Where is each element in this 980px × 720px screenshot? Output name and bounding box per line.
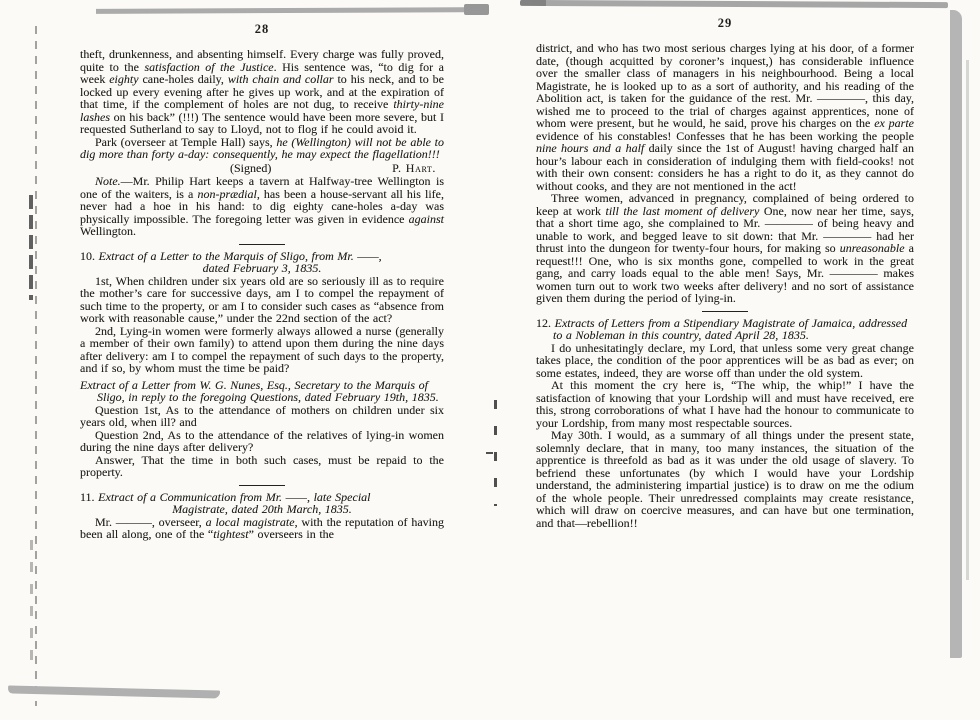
scan-corner-mark: [464, 4, 489, 15]
scan-edge-top-left: [96, 7, 488, 14]
section-heading: 12. Extracts of Letters from a Stipendia…: [536, 317, 914, 342]
text-run: 12.: [536, 316, 555, 330]
text-run: on his back” (!!!) The sentence would ha…: [80, 110, 444, 137]
signature-name: P. Hart.: [392, 162, 436, 175]
text-run: Question 1st, As to the attendance of mo…: [80, 403, 444, 430]
paragraph: Three women, advanced in pregnancy, comp…: [536, 192, 914, 305]
section-heading: Extract of a Letter from W. G. Nunes, Es…: [80, 379, 444, 404]
text-run: May 30th. I would, as a summary of all t…: [536, 428, 914, 530]
paragraph: theft, drunkenness, and absenting himsel…: [80, 48, 444, 136]
paragraph: district, and who has two most serious c…: [536, 42, 914, 192]
text-run: Extract of a Letter from W. G. Nunes, Es…: [80, 378, 439, 405]
paragraph: Answer, That the time in both such cases…: [80, 454, 444, 479]
paragraph: Note.—Mr. Philip Hart keeps a tavern at …: [80, 175, 444, 238]
book-page-29: 29 district, and who has two most seriou…: [536, 16, 914, 529]
text-run: Question 2nd, As to the attendance of th…: [80, 428, 444, 455]
text-run: Wellington.: [80, 224, 136, 238]
scan-binding-tick: [486, 452, 493, 454]
text-run: Extracts of Letters from a Stipendiary M…: [553, 316, 907, 343]
paragraph: Mr. ———, overseer, a local magistrate, w…: [80, 516, 444, 541]
paragraph: I do unhesitatingly declare, my Lord, th…: [536, 342, 914, 380]
scan-edge-left-dashed: [35, 26, 37, 706]
paragraph: Park (overseer at Temple Hall) says, he …: [80, 136, 444, 161]
text-run: district, and who has two most serious c…: [536, 41, 914, 130]
page-text-column: district, and who has two most serious c…: [536, 42, 914, 529]
scan-edge-top-right: [520, 0, 948, 8]
scan-edge-right: [950, 10, 962, 658]
signed-label: (Signed): [230, 162, 271, 175]
scan-edge-left-dark: [29, 195, 33, 300]
text-run: Answer, That the time in both such cases…: [80, 453, 444, 480]
text-run: ” overseers in the: [249, 527, 334, 541]
signature-row: (Signed)P. Hart.: [80, 162, 444, 175]
text-run: I do unhesitatingly declare, my Lord, th…: [536, 341, 914, 380]
paragraph: Question 2nd, As to the attendance of th…: [80, 429, 444, 454]
paragraph: At this moment the cry here is, “The whi…: [536, 379, 914, 429]
page-number: 28: [80, 22, 444, 37]
text-run: 11.: [80, 490, 98, 504]
text-run: against: [409, 212, 444, 226]
scan-edge-left-faint: [30, 540, 33, 670]
text-run: tightest: [213, 527, 248, 541]
scan-edge-right-inner: [966, 60, 969, 580]
section-divider: [239, 244, 285, 245]
text-run: At this moment the cry here is, “The whi…: [536, 378, 914, 430]
scan-binding-marks: [494, 400, 497, 506]
book-page-28: 28 theft, drunkenness, and absenting him…: [80, 22, 444, 541]
section-divider: [239, 485, 285, 486]
text-run: 2nd, Lying-in women were formerly always…: [80, 324, 444, 376]
page-number: 29: [536, 16, 914, 31]
paragraph: 1st, When children under six years old a…: [80, 275, 444, 325]
paragraph: May 30th. I would, as a summary of all t…: [536, 429, 914, 529]
text-run: 1st, When children under six years old a…: [80, 274, 444, 326]
page-text-column: theft, drunkenness, and absenting himsel…: [80, 48, 444, 541]
paragraph: 2nd, Lying-in women were formerly always…: [80, 325, 444, 375]
paragraph: Question 1st, As to the attendance of mo…: [80, 404, 444, 429]
text-run: 10.: [80, 249, 99, 263]
section-divider: [702, 311, 748, 312]
scan-edge-bottom-curve: [8, 685, 220, 698]
